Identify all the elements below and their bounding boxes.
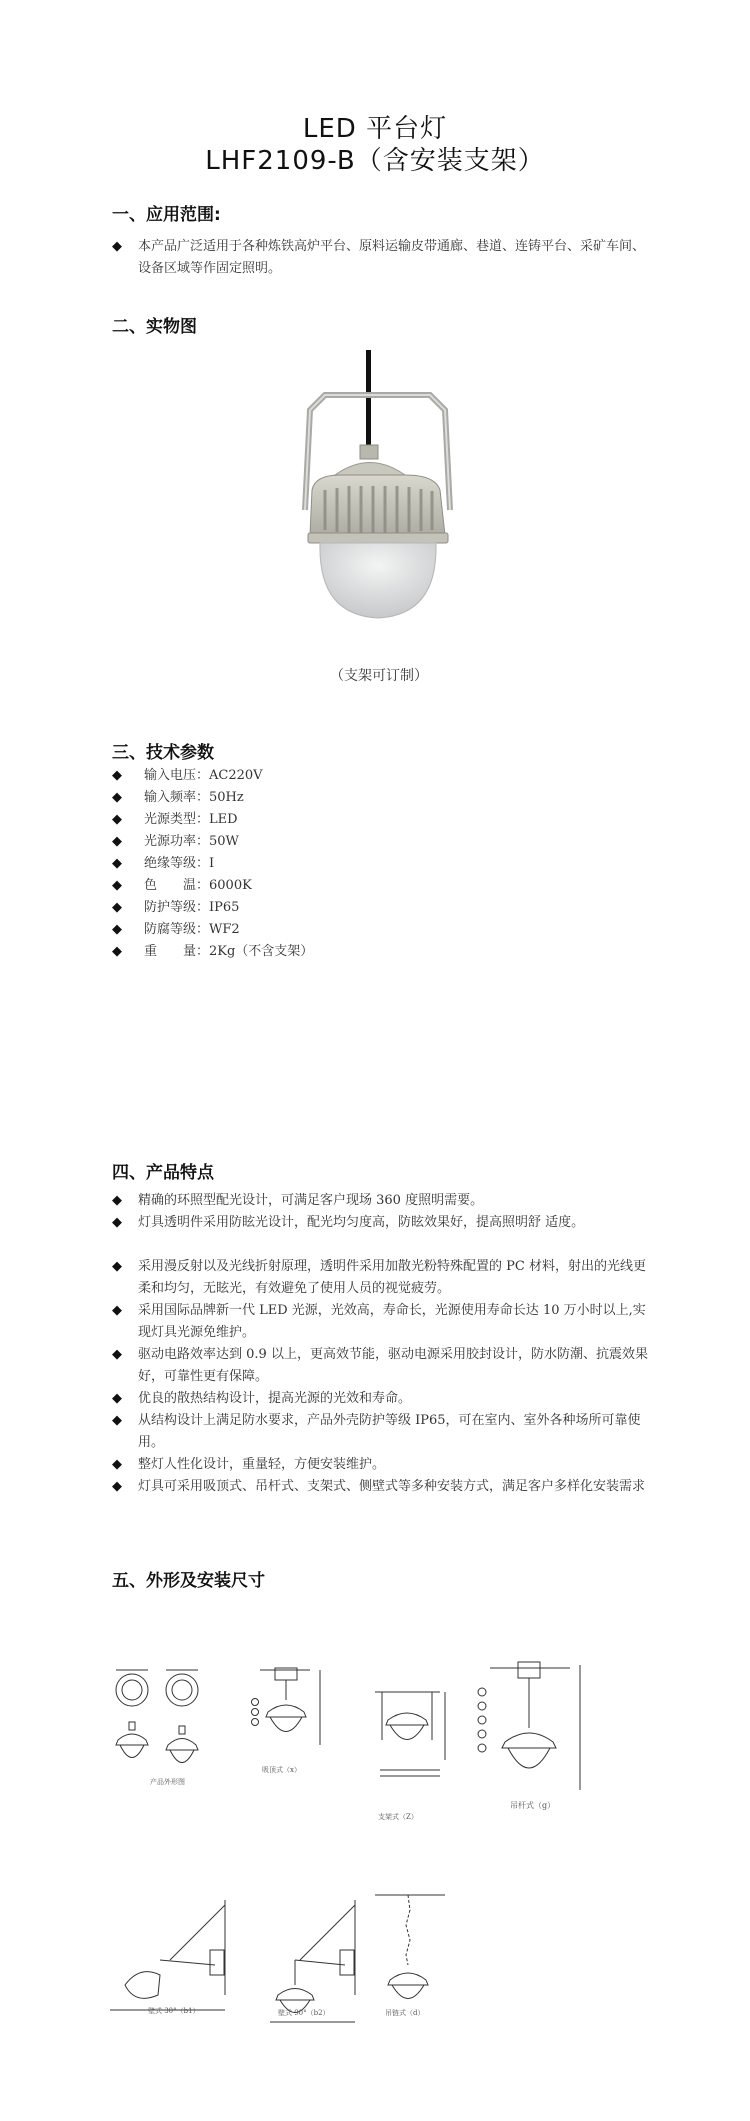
spec-item: ◆防腐等级：WF2 xyxy=(112,920,240,940)
photo-caption: （支架可订制） xyxy=(330,665,428,685)
diamond-bullet-icon: ◆ xyxy=(112,788,144,808)
spec-item: ◆防护等级：IP65 xyxy=(112,898,239,918)
title-line-2: LHF2109-B（含安装支架） xyxy=(0,140,750,177)
diagram-caption-pendant: 吊杆式（g） xyxy=(510,1800,555,1811)
diagram-caption-ceiling: 吸顶式（x） xyxy=(262,1765,301,1775)
diamond-bullet-icon: ◆ xyxy=(112,942,144,962)
diamond-bullet-icon: ◆ xyxy=(112,898,144,918)
feature-bullet: ◆采用国际品牌新一代 LED 光源，光效高，寿命长，光源使用寿命长达 10 万小… xyxy=(112,1300,652,1344)
diamond-bullet-icon: ◆ xyxy=(112,1454,122,1476)
feature-bullet: ◆灯具透明件采用防眩光设计，配光均匀度高，防眩效果好，提高照明舒 适度。 xyxy=(112,1212,652,1234)
features-heading: 四、产品特点 xyxy=(112,1158,214,1183)
led-platform-lamp-photo xyxy=(280,350,480,620)
diagram-caption-outline: 产品外形图 xyxy=(150,1777,185,1787)
feature-bullet: ◆采用漫反射以及光线折射原理，透明件采用加散光粉特殊配置的 PC 材料，射出的光… xyxy=(112,1256,652,1300)
diamond-bullet-icon: ◆ xyxy=(112,1476,122,1498)
application-heading: 一、应用范围: xyxy=(112,200,221,225)
photo-heading: 二、实物图 xyxy=(112,312,197,337)
diamond-bullet-icon: ◆ xyxy=(112,876,144,896)
feature-bullet: ◆灯具可采用吸顶式、吊杆式、支架式、侧壁式等多种安装方式，满足客户多样化安装需求 xyxy=(112,1476,652,1498)
feature-bullet: ◆驱动电路效率达到 0.9 以上，更高效节能，驱动电源采用胶封设计，防水防潮、抗… xyxy=(112,1344,652,1388)
diamond-bullet-icon: ◆ xyxy=(112,832,144,852)
feature-bullet: ◆从结构设计上满足防水要求，产品外壳防护等级 IP65，可在室内、室外各种场所可… xyxy=(112,1410,652,1454)
spec-item: ◆输入电压：AC220V xyxy=(112,766,263,786)
spec-item: ◆重 量：2Kg（不含支架） xyxy=(112,942,313,962)
diamond-bullet-icon: ◆ xyxy=(112,1212,122,1234)
diamond-bullet-icon: ◆ xyxy=(112,810,144,830)
feature-bullet: ◆整灯人性化设计，重量轻，方便安装维护。 xyxy=(112,1454,652,1476)
spec-item: ◆绝缘等级：I xyxy=(112,854,214,874)
spec-item: ◆色 温：6000K xyxy=(112,876,252,896)
diamond-bullet-icon: ◆ xyxy=(112,1256,122,1278)
diamond-bullet-icon: ◆ xyxy=(112,1300,122,1322)
dimension-diagrams xyxy=(110,1650,610,2030)
specs-heading: 三、技术参数 xyxy=(112,738,214,763)
diamond-bullet-icon: ◆ xyxy=(112,236,122,258)
diamond-bullet-icon: ◆ xyxy=(112,1388,122,1410)
spec-item: ◆光源类型：LED xyxy=(112,810,238,830)
diamond-bullet-icon: ◆ xyxy=(112,854,144,874)
diagram-caption-wall90: 壁式 90°（b2） xyxy=(278,2008,330,2018)
spec-item: ◆光源功率：50W xyxy=(112,832,239,852)
feature-bullet: ◆优良的散热结构设计，提高光源的光效和寿命。 xyxy=(112,1388,652,1410)
application-bullet: ◆ 本产品广泛适用于各种炼铁高炉平台、原料运输皮带通廊、巷道、连铸平台、采矿车间… xyxy=(112,236,652,280)
diagram-caption-bracket: 支架式（Z） xyxy=(378,1812,418,1822)
spec-item: ◆输入频率：50Hz xyxy=(112,788,244,808)
diagram-caption-chain: 吊链式（d） xyxy=(385,2008,424,2018)
feature-bullet: ◆精确的环照型配光设计，可满足客户现场 360 度照明需要。 xyxy=(112,1190,652,1212)
diamond-bullet-icon: ◆ xyxy=(112,1410,122,1432)
product-outline-diagram xyxy=(116,1670,198,1763)
diamond-bullet-icon: ◆ xyxy=(112,1344,122,1366)
diagram-caption-wall30: 壁式 30°（b1） xyxy=(148,2006,200,2016)
dimensions-heading: 五、外形及安装尺寸 xyxy=(112,1566,265,1591)
diamond-bullet-icon: ◆ xyxy=(112,1190,122,1212)
diamond-bullet-icon: ◆ xyxy=(112,766,144,786)
diamond-bullet-icon: ◆ xyxy=(112,920,144,940)
